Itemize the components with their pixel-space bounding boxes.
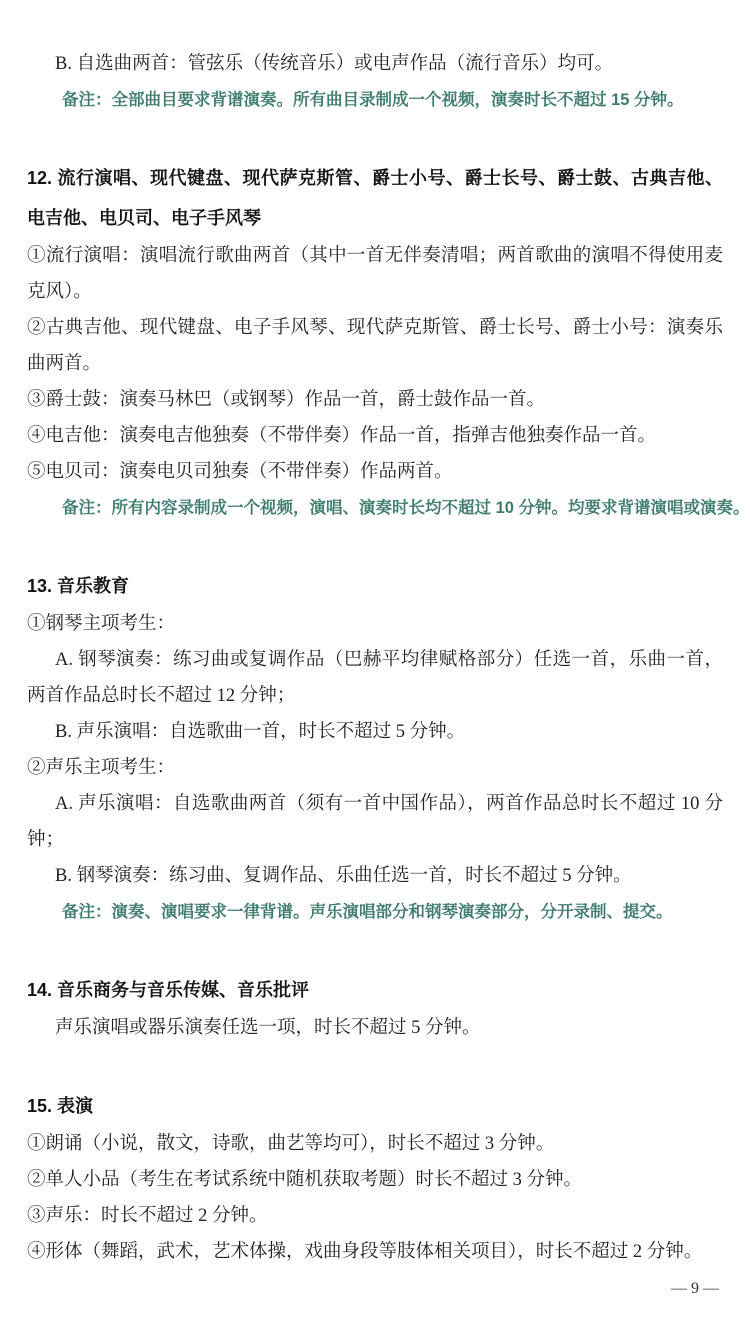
paragraph-sec13-item-2b: B. 钢琴演奏：练习曲、复调作品、乐曲任选一首，时长不超过 5 分钟。 xyxy=(27,858,723,894)
paragraph-sec15-item-3: ③声乐：时长不超过 2 分钟。 xyxy=(27,1198,723,1234)
paragraph-sec12-item-1: ①流行演唱：演唱流行歌曲两首（其中一首无伴奏清唱；两首歌曲的演唱不得使用麦克风）… xyxy=(27,238,723,310)
paragraph-sec12-item-3: ③爵士鼓：演奏马林巴（或钢琴）作品一首，爵士鼓作品一首。 xyxy=(27,382,723,418)
note-paragraph-sec13: 备注：演奏、演唱要求一律背谱。声乐演唱部分和钢琴演奏部分，分开录制、提交。 xyxy=(27,894,723,930)
paragraph-sec14-body: 声乐演唱或器乐演奏任选一项，时长不超过 5 分钟。 xyxy=(27,1010,723,1046)
paragraph-sec13-item-1: ①钢琴主项考生： xyxy=(27,606,723,642)
document-page: B. 自选曲两首：管弦乐（传统音乐）或电声作品（流行音乐）均可。 备注：全部曲目… xyxy=(0,0,750,1334)
paragraph-sec13-item-2: ②声乐主项考生： xyxy=(27,750,723,786)
paragraph-sec12-item-5: ⑤电贝司：演奏电贝司独奏（不带伴奏）作品两首。 xyxy=(27,454,723,490)
paragraph-sec11-item-b: B. 自选曲两首：管弦乐（传统音乐）或电声作品（流行音乐）均可。 xyxy=(27,46,723,82)
note-paragraph-sec12: 备注：所有内容录制成一个视频，演唱、演奏时长均不超过 10 分钟。均要求背谱演唱… xyxy=(27,490,723,526)
section-heading-12: 12. 流行演唱、现代键盘、现代萨克斯管、爵士小号、爵士长号、爵士鼓、古典吉他、… xyxy=(27,158,723,238)
paragraph-sec15-item-1: ①朗诵（小说，散文，诗歌，曲艺等均可），时长不超过 3 分钟。 xyxy=(27,1126,723,1162)
note-paragraph-sec11: 备注：全部曲目要求背谱演奏。所有曲目录制成一个视频，演奏时长不超过 15 分钟。 xyxy=(27,82,723,118)
paragraph-sec13-item-1b: B. 声乐演唱：自选歌曲一首，时长不超过 5 分钟。 xyxy=(27,714,723,750)
paragraph-sec12-item-4: ④电吉他：演奏电吉他独奏（不带伴奏）作品一首，指弹吉他独奏作品一首。 xyxy=(27,418,723,454)
paragraph-sec15-item-4: ④形体（舞蹈，武术，艺术体操，戏曲身段等肢体相关项目），时长不超过 2 分钟。 xyxy=(27,1234,723,1270)
paragraph-sec13-item-2a: A. 声乐演唱：自选歌曲两首（须有一首中国作品），两首作品总时长不超过 10 分… xyxy=(27,786,723,858)
section-heading-15: 15. 表演 xyxy=(27,1086,723,1126)
section-heading-14: 14. 音乐商务与音乐传媒、音乐批评 xyxy=(27,970,723,1010)
paragraph-sec13-item-1a: A. 钢琴演奏：练习曲或复调作品（巴赫平均律赋格部分）任选一首，乐曲一首，两首作… xyxy=(27,642,723,714)
section-heading-13: 13. 音乐教育 xyxy=(27,566,723,606)
page-number: — 9 — xyxy=(27,1278,723,1300)
paragraph-sec15-item-2: ②单人小品（考生在考试系统中随机获取考题）时长不超过 3 分钟。 xyxy=(27,1162,723,1198)
paragraph-sec12-item-2: ②古典吉他、现代键盘、电子手风琴、现代萨克斯管、爵士长号、爵士小号：演奏乐曲两首… xyxy=(27,310,723,382)
